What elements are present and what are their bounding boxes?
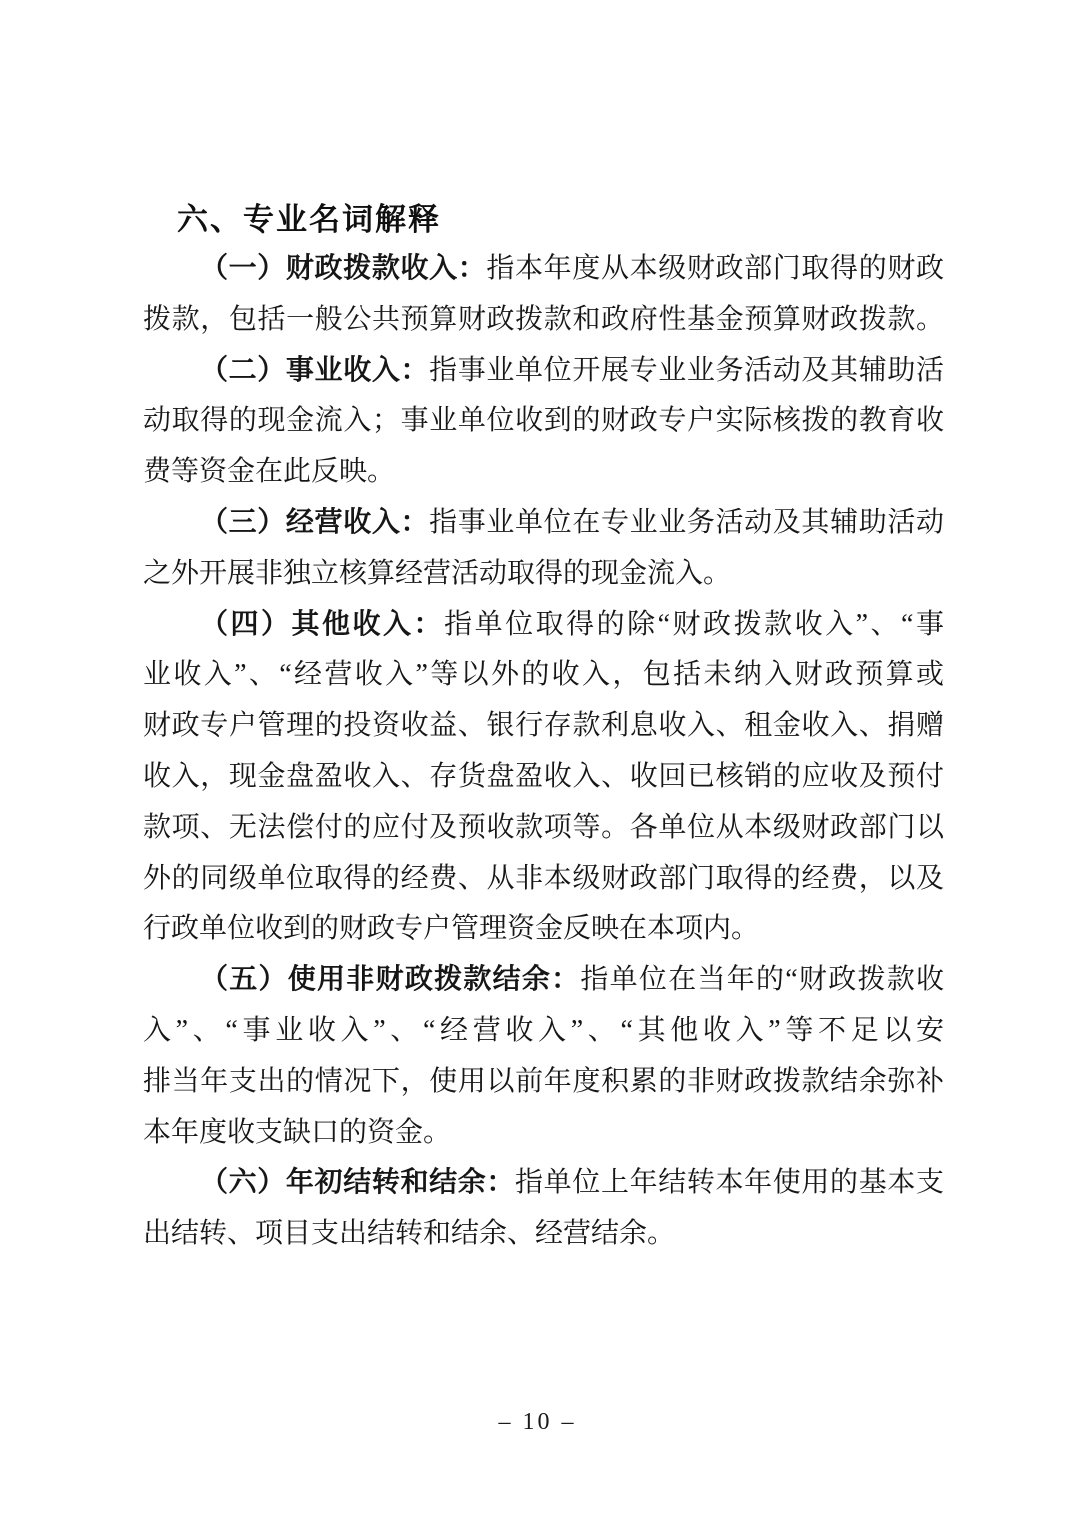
text-line: （三）经营收入：指事业单位在专业业务活动及其辅助活动 (143, 498, 944, 549)
text-line: 行政单位收到的财政专户管理资金反映在本项内。 (143, 904, 944, 955)
term-label: （三）经营收入： (200, 507, 429, 538)
page-number: – 10 – (499, 1409, 577, 1435)
term-label: （一）财政拨款收入： (200, 253, 486, 284)
text-line: 入”、“事业收入”、“经营收入”、“其他收入”等不足以安 (143, 1006, 944, 1057)
document-body: 六、专业名词解释 （一）财政拨款收入：指本年度从本级财政部门取得的财政拨款，包括… (143, 196, 944, 1260)
paragraph: （一）财政拨款收入：指本年度从本级财政部门取得的财政拨款，包括一般公共预算财政拨… (143, 244, 944, 346)
text-line: （一）财政拨款收入：指本年度从本级财政部门取得的财政 (143, 244, 944, 295)
section-heading: 六、专业名词解释 (177, 196, 944, 244)
term-label: （四）其他收入： (200, 609, 444, 640)
text-segment: 款项、无法偿付的应付及预收款项等。各单位从本级财政部门以 (143, 812, 944, 843)
text-line: 费等资金在此反映。 (143, 447, 944, 498)
text-segment: 费等资金在此反映。 (143, 456, 395, 487)
text-segment: 指事业单位开展专业业务活动及其辅助活 (429, 355, 944, 386)
text-segment: 收入，现金盘盈收入、存货盘盈收入、收回已核销的应收及预付 (143, 761, 944, 792)
paragraph: （二）事业收入：指事业单位开展专业业务活动及其辅助活动取得的现金流入；事业单位收… (143, 346, 944, 498)
text-segment: 业收入”、“经营收入”等以外的收入，包括未纳入财政预算或 (143, 659, 944, 690)
paragraph: （四）其他收入：指单位取得的除“财政拨款收入”、“事业收入”、“经营收入”等以外… (143, 600, 944, 956)
page-footer: – 10 – (0, 1405, 1075, 1439)
text-segment: 行政单位收到的财政专户管理资金反映在本项内。 (143, 913, 759, 944)
text-line: 排当年支出的情况下，使用以前年度积累的非财政拨款结余弥补 (143, 1057, 944, 1108)
paragraph: （五）使用非财政拨款结余：指单位在当年的“财政拨款收入”、“事业收入”、“经营收… (143, 955, 944, 1158)
text-line: 本年度收支缺口的资金。 (143, 1108, 944, 1159)
text-segment: 指本年度从本级财政部门取得的财政 (486, 253, 944, 284)
text-line: 出结转、项目支出结转和结余、经营结余。 (143, 1209, 944, 1260)
text-line: （二）事业收入：指事业单位开展专业业务活动及其辅助活 (143, 346, 944, 397)
text-segment: 指单位上年结转本年使用的基本支 (515, 1167, 944, 1198)
text-line: 款项、无法偿付的应付及预收款项等。各单位从本级财政部门以 (143, 803, 944, 854)
paragraph: （六）年初结转和结余：指单位上年结转本年使用的基本支出结转、项目支出结转和结余、… (143, 1158, 944, 1260)
text-line: （六）年初结转和结余：指单位上年结转本年使用的基本支 (143, 1158, 944, 1209)
paragraphs-container: （一）财政拨款收入：指本年度从本级财政部门取得的财政拨款，包括一般公共预算财政拨… (143, 244, 944, 1260)
text-line: （五）使用非财政拨款结余：指单位在当年的“财政拨款收 (143, 955, 944, 1006)
text-line: 动取得的现金流入；事业单位收到的财政专户实际核拨的教育收 (143, 396, 944, 447)
text-segment: 外的同级单位取得的经费、从非本级财政部门取得的经费，以及 (143, 863, 944, 894)
text-segment: 指单位在当年的“财政拨款收 (580, 964, 944, 995)
text-segment: 动取得的现金流入；事业单位收到的财政专户实际核拨的教育收 (143, 405, 944, 436)
text-segment: 排当年支出的情况下，使用以前年度积累的非财政拨款结余弥补 (143, 1066, 944, 1097)
text-segment: 财政专户管理的投资收益、银行存款利息收入、租金收入、捐赠 (143, 710, 944, 741)
text-line: 业收入”、“经营收入”等以外的收入，包括未纳入财政预算或 (143, 650, 944, 701)
text-line: （四）其他收入：指单位取得的除“财政拨款收入”、“事 (143, 600, 944, 651)
text-segment: 之外开展非独立核算经营活动取得的现金流入。 (143, 558, 731, 589)
term-label: （二）事业收入： (200, 355, 429, 386)
text-line: 外的同级单位取得的经费、从非本级财政部门取得的经费，以及 (143, 854, 944, 905)
text-line: 收入，现金盘盈收入、存货盘盈收入、收回已核销的应收及预付 (143, 752, 944, 803)
term-label: （五）使用非财政拨款结余： (200, 964, 580, 995)
text-segment: 本年度收支缺口的资金。 (143, 1117, 451, 1148)
term-label: （六）年初结转和结余： (200, 1167, 515, 1198)
text-segment: 指单位取得的除“财政拨款收入”、“事 (444, 609, 944, 640)
paragraph: （三）经营收入：指事业单位在专业业务活动及其辅助活动之外开展非独立核算经营活动取… (143, 498, 944, 600)
text-segment: 入”、“事业收入”、“经营收入”、“其他收入”等不足以安 (143, 1015, 944, 1046)
text-line: 之外开展非独立核算经营活动取得的现金流入。 (143, 549, 944, 600)
document-page: 六、专业名词解释 （一）财政拨款收入：指本年度从本级财政部门取得的财政拨款，包括… (0, 0, 1075, 1520)
text-segment: 出结转、项目支出结转和结余、经营结余。 (143, 1218, 675, 1249)
text-line: 拨款，包括一般公共预算财政拨款和政府性基金预算财政拨款。 (143, 295, 944, 346)
text-segment: 指事业单位在专业业务活动及其辅助活动 (429, 507, 944, 538)
text-line: 财政专户管理的投资收益、银行存款利息收入、租金收入、捐赠 (143, 701, 944, 752)
text-segment: 拨款，包括一般公共预算财政拨款和政府性基金预算财政拨款。 (143, 304, 944, 335)
